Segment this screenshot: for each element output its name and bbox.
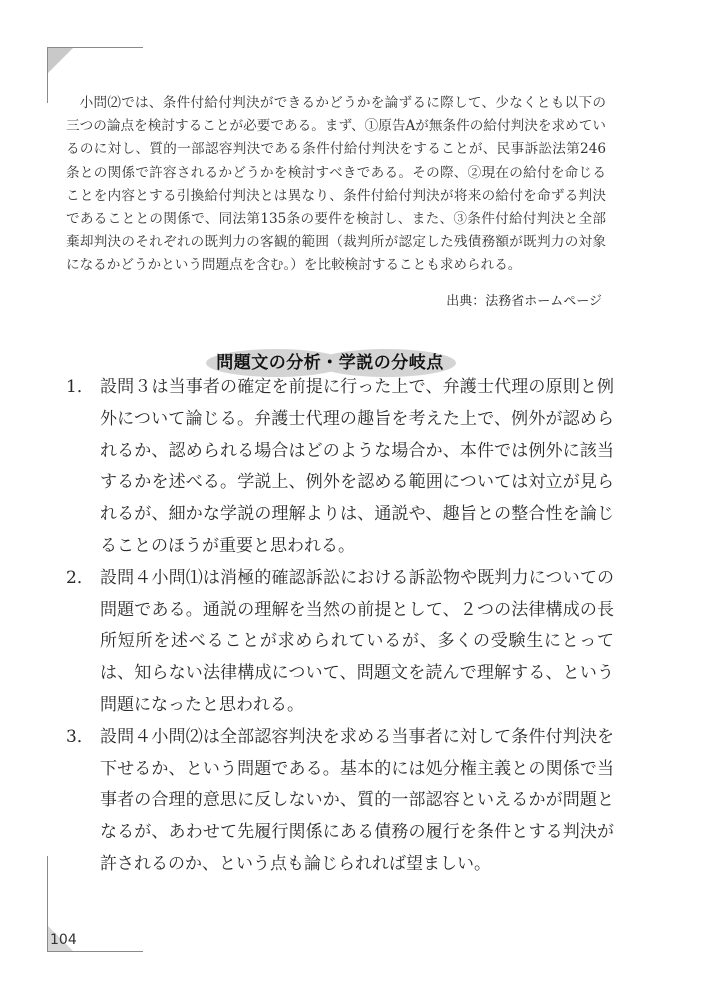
item-text: 設問４小問⑴は消極的確認訴訟における訴訟物や既判力についての問題である。通説の理…: [100, 563, 614, 722]
excerpt-paragraph: 小問⑵では、条件付給付判決ができるかどうかを論ずるに際して、少なくとも以下の三つ…: [66, 92, 606, 278]
analysis-list: 1． 設問３は当事者の確定を前提に行った上で、弁護士代理の原則と例外について論じ…: [66, 372, 614, 881]
item-number: 3．: [66, 722, 100, 881]
corner-line-horizontal: [47, 951, 143, 952]
list-item: 3． 設問４小問⑵は全部認容判決を求める当事者に対して条件付判決を下せるか、とい…: [66, 722, 614, 881]
quoted-excerpt: 小問⑵では、条件付給付判決ができるかどうかを論ずるに際して、少なくとも以下の三つ…: [66, 92, 606, 278]
list-item: 2． 設問４小問⑴は消極的確認訴訟における訴訟物や既判力についての問題である。通…: [66, 563, 614, 722]
item-number: 2．: [66, 563, 100, 722]
item-number: 1．: [66, 372, 100, 563]
item-text: 設問４小問⑵は全部認容判決を求める当事者に対して条件付判決を下せるか、という問題…: [100, 722, 614, 881]
source-citation: 出典：法務省ホームページ: [446, 290, 602, 309]
corner-triangle-icon: [48, 48, 73, 73]
page-number: 104: [50, 932, 77, 948]
list-item: 1． 設問３は当事者の確定を前提に行った上で、弁護士代理の原則と例外について論じ…: [66, 372, 614, 563]
item-text: 設問３は当事者の確定を前提に行った上で、弁護士代理の原則と例外について論じる。弁…: [100, 372, 614, 563]
